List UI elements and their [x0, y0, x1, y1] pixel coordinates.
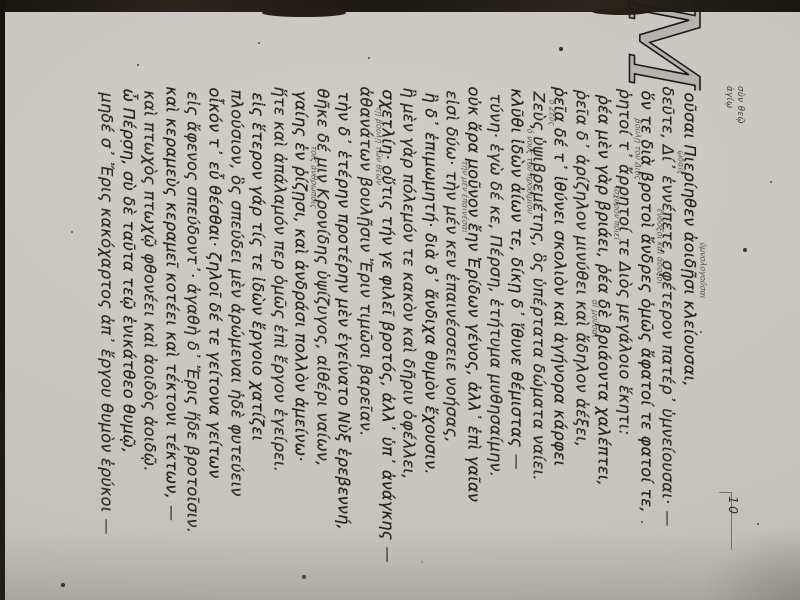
text-lines: ὑμνολογοῦσαιοῦσαι Πιερίηθεν ἀοιδῇσι κλεί… [94, 87, 706, 532]
line-text: ῥέα μὲν γὰρ βριάει, ῥέα δὲ βριάοντα χαλέ… [594, 95, 613, 486]
line-text: ἣ δ᾽ ἐπιμωμητή· διὰ δ᾽ ἄνδιχα θυμὸν ἔχου… [421, 93, 440, 475]
manuscript-line: βουλῇ τοῦ Διόςῥητοί τ᾽ ἄρρητοί τε Διὸς μ… [614, 89, 636, 532]
manuscript-line: ῥεῖα δέ τ᾽ ἰθύνει σκολιὸν καὶ ἀγήνορα κά… [549, 87, 571, 532]
manuscript-line: ὁ νοῦς τοῦ προοιμίουκλῦθι ἰδὼν ἀίων τε, … [506, 89, 528, 532]
manuscript-line: πλούσιον, ὃς σπεύδει μὲν ἀρώμεναι ἠδὲ φυ… [225, 90, 247, 532]
manuscript-photo: Μ ὑμνολογοῦσαιοῦσαι Πιερίηθεν ἀοιδῇσι κλ… [0, 0, 800, 600]
line-text: καὶ κεραμεὺς κεραμεῖ κοτέει καὶ τέκτονι … [162, 87, 181, 500]
line-text: τύνη· ἐγὼ δέ κε, Πέρση, ἐτήτυμα μυθησαίμ… [486, 94, 505, 478]
interlinear-gloss: τῇ βουλῇ τῶν θεῶν [375, 106, 383, 185]
line-text: εἰς ἄφενος σπεύδοντ᾽· ἀγαθὴ δ᾽ Ἔρις ἥδε … [184, 92, 203, 534]
manuscript-line: καὶ πτωχὸς πτωχῷ φθονέει καὶ ἀοιδὸς ἀοιδ… [139, 91, 161, 532]
margin-annotation-line: ἁγίῳ [723, 86, 734, 194]
line-text: ῥητοί τ᾽ ἄρρητοί τε Διὸς μεγάλοιο ἕκητι: [616, 89, 635, 436]
manuscript-line: τῇ βουλῇ τῶν θεῶνἀθανάτων βουλῇσιν Ἔριν … [355, 87, 377, 532]
manuscript-line: ἥτε καὶ ἀπάλαμόν περ ὁμῶς ἐπὶ ἔργον ἐγεί… [269, 87, 291, 532]
line-text: εἰς ἕτερον γάρ τίς τε ἰδὼν ἔργοιο χατίζε… [249, 93, 268, 442]
interlinear-gloss: τὴν μὲν ἐπαινέσαι [461, 160, 469, 233]
manuscript-line: αἱ μοῦσαιῥεῖα δ᾽ ἀρίζηλον μινύθει καὶ ἄδ… [571, 90, 593, 532]
manuscript-line: τοῖς ἀνθρώποιςγαίης ἐν ῥίζῃσι, καὶ ἀνδρά… [290, 91, 312, 532]
manuscript-line: εἰς ἕτερον γάρ τίς τε ἰδὼν ἔργοιο χατίζε… [247, 93, 269, 532]
line-end-flourish: — [508, 454, 527, 469]
line-text: ῥεῖα δέ τ᾽ ἰθύνει σκολιὸν καὶ ἀγήνορα κά… [551, 87, 570, 467]
line-text: πλούσιον, ὃς σπεύδει μὲν ἀρώμεναι ἠδὲ φυ… [227, 90, 246, 497]
interlinear-gloss: βουλῇ τοῦ Διός [634, 118, 642, 181]
manuscript-line: τὴν δ᾽ ἑτέρην προτέρην μὲν ἐγείνατο Νὺξ … [333, 92, 355, 532]
folio-number: 10 [719, 496, 741, 522]
manuscript-line: μηδέ σ᾽ Ἔρις κακόχαρτος ἀπ᾽ ἔργου θυμὸν … [96, 93, 118, 532]
line-text: οἶκόν τ᾽ εὖ θέσθαι· ζηλοῖ δέ τε γείτονα … [205, 88, 224, 479]
interlinear-gloss: τοῖς ἀνθρώποις [310, 145, 318, 209]
interlinear-gloss: ὁ Ζεύς [547, 99, 555, 127]
interlinear-gloss: ἔνδοξοι καὶ ἄδοξοι [655, 208, 663, 285]
manuscript-line: τὴν μὲν ἐπαινέσαιεἰσὶ δύω· τὴν μέν κεν ἐ… [441, 91, 463, 532]
initial-letter-glyph: Μ [614, 0, 706, 91]
line-text: ἀθανάτων βουλῇσιν Ἔριν τιμῶσι βαρεῖαν. [357, 87, 376, 437]
manuscript-line: οἶκόν τ᾽ εὖ θέσθαι· ζηλοῖ δέ τε γείτονα … [204, 88, 226, 532]
manuscript-line: οὐκ ἄρα μοῦνον ἔην Ἐρίδων γένος, ἀλλ᾽ ἐπ… [463, 87, 485, 532]
line-end-flourish: — [97, 518, 116, 533]
line-end-flourish: — [162, 505, 181, 520]
interlinear-gloss: ὁ νοῦς τοῦ προοιμίου [526, 128, 534, 214]
manuscript-line: ᾠδαῖςδεῦτε, Δί᾽ ἐννέπετε, σφέτερον πατέρ… [657, 87, 679, 532]
line-text: μηδέ σ᾽ Ἔρις κακόχαρτος ἀπ᾽ ἔργου θυμὸν … [97, 93, 116, 513]
interlinear-gloss: ὑμνολογοῦσαι [699, 242, 707, 299]
margin-annotation: σὺν θεῷ ἁγίῳ [697, 86, 745, 194]
margin-annotation-line: σὺν θεῷ [734, 86, 745, 194]
line-text: δεῦτε, Δί᾽ ἐννέπετε, σφέτερον πατέρ᾽ ὑμν… [659, 87, 678, 505]
manuscript-line: τύνη· ἐγὼ δέ κε, Πέρση, ἐτήτυμα μυθησαίμ… [485, 94, 507, 532]
interlinear-gloss: ἰσχυρὸν ποιεῖ [612, 186, 620, 241]
manuscript-line: εἰς ἄφενος σπεύδοντ᾽· ἀγαθὴ δ᾽ Ἔρις ἥδε … [182, 92, 204, 532]
photo-dark-edge-left [0, 0, 5, 445]
line-text: κλῦθι ἰδὼν ἀίων τε, δίκῃ δ᾽ ἴθυνε θέμιστ… [508, 89, 527, 448]
manuscript-line: ἣ μὲν γὰρ πόλεμόν τε κακὸν καὶ δῆριν ὀφέ… [398, 88, 420, 532]
line-text: τὴν δ᾽ ἑτέρην προτέρην μὲν ἐγείνατο Νὺξ … [335, 92, 354, 530]
line-text: οὐκ ἄρα μοῦνον ἔην Ἐρίδων γένος, ἀλλ᾽ ἐπ… [465, 87, 484, 503]
line-text: ἣ μὲν γὰρ πόλεμόν τε κακὸν καὶ δῆριν ὀφέ… [400, 88, 419, 480]
interlinear-gloss: ᾠδαῖς [677, 150, 685, 175]
line-text: καὶ πτωχὸς πτωχῷ φθονέει καὶ ἀοιδὸς ἀοιδ… [141, 91, 160, 472]
line-text: ῥεῖα δ᾽ ἀρίζηλον μινύθει καὶ ἄδηλον ἀέξε… [573, 90, 592, 448]
manuscript-line: καὶ κεραμεὺς κεραμεῖ κοτέει καὶ τέκτονι … [161, 87, 183, 532]
manuscript-line: ἣ δ᾽ ἐπιμωμητή· διὰ δ᾽ ἄνδιχα θυμὸν ἔχου… [420, 93, 442, 532]
line-text: ὦ Πέρση, σὺ δὲ ταῦτα τεῷ ἐνικάτθεο θυμῷ, [119, 89, 138, 454]
line-text: εἰσὶ δύω· τὴν μέν κεν ἐπαινέσσειε νοήσας… [443, 91, 462, 443]
manuscript-text-block: Μ ὑμνολογοῦσαιοῦσαι Πιερίηθεν ἀοιδῇσι κλ… [94, 87, 706, 532]
paper-speckles [0, 0, 2, 2]
initial-letter-mu: Μ [614, 0, 706, 91]
line-end-flourish: — [659, 510, 678, 525]
interlinear-gloss: αἱ μοῦσαι [591, 299, 599, 338]
line-text: γαίης ἐν ῥίζῃσι, καὶ ἀνδράσι πολλὸν ἀμεί… [292, 91, 311, 462]
line-text: ἥτε καὶ ἀπάλαμόν περ ὁμῶς ἐπὶ ἔργον ἐγεί… [270, 87, 289, 473]
line-end-flourish: — [378, 547, 397, 562]
manuscript-line: ὦ Πέρση, σὺ δὲ ταῦτα τεῷ ἐνικάτθεο θυμῷ, [117, 89, 139, 532]
